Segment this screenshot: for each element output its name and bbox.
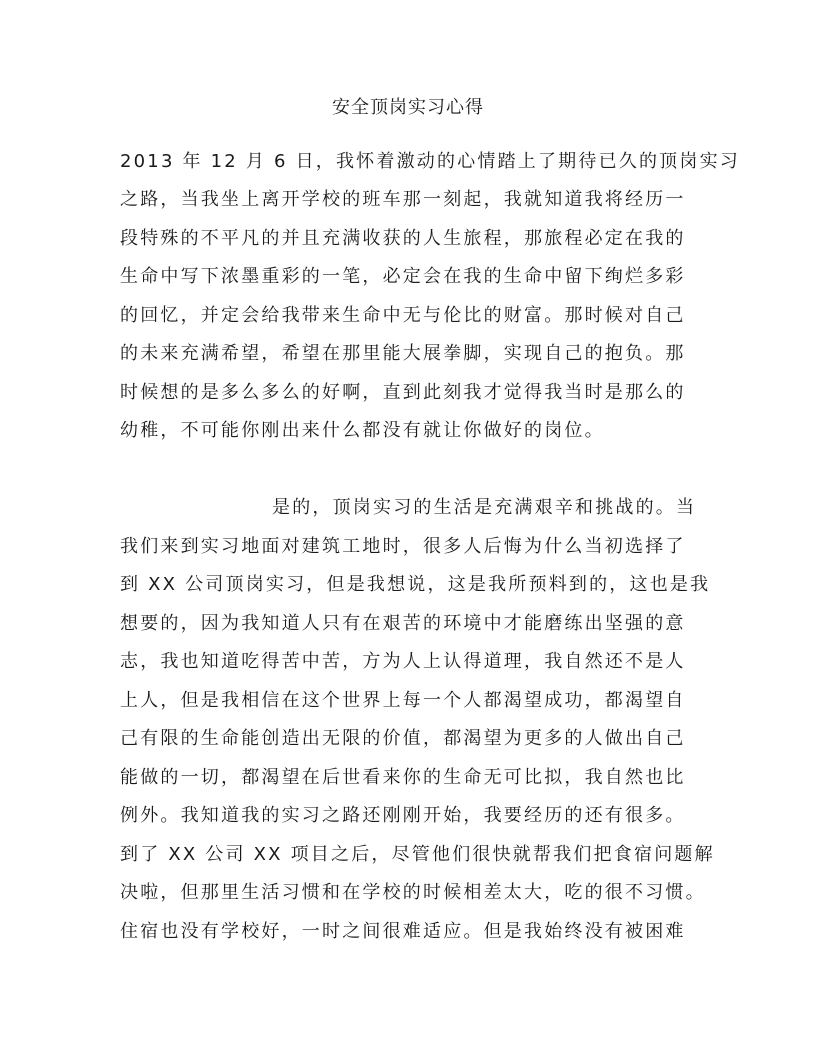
paragraph-line: 上人，但是我相信在这个世界上每一个人都渴望成功，都渴望自 (120, 689, 700, 713)
paragraph-line: 生命中写下浓墨重彩的一笔，必定会在我的生命中留下绚烂多彩 (120, 265, 700, 289)
paragraph-line: 能做的一切，都渴望在后世看来你的生命无可比拟，我自然也比 (120, 766, 700, 790)
paragraph-line: 志，我也知道吃得苦中苦，方为人上认得道理，我自然还不是人 (120, 650, 700, 674)
paragraph-line: 到了 XX 公司 XX 项目之后，尽管他们很快就帮我们把食宿问题解 (120, 843, 700, 867)
paragraph-line-indented: 是的，顶岗实习的生活是充满艰辛和挑战的。当 (272, 496, 700, 520)
paragraph-line: 时候想的是多么多么的好啊，直到此刻我才觉得我当时是那么的 (120, 381, 700, 405)
paragraph-line: 段特殊的不平凡的并且充满收获的人生旅程，那旅程必定在我的 (120, 227, 700, 251)
paragraph-line: 我们来到实习地面对建筑工地时，很多人后悔为什么当初选择了 (120, 535, 700, 559)
paragraph-line: 想要的，因为我知道人只有在艰苦的环境中才能磨练出坚强的意 (120, 612, 700, 636)
paragraph-line: 之路，当我坐上离开学校的班车那一刻起，我就知道我将经历一 (120, 188, 700, 212)
paragraph-line: 2013 年 12 月 6 日，我怀着激动的心情踏上了期待已久的顶岗实习 (120, 150, 700, 174)
paragraph-line: 的未来充满希望，希望在那里能大展拳脚，实现自己的抱负。那 (120, 342, 700, 366)
paragraph-line: 到 XX 公司顶岗实习，但是我想说，这是我所预料到的，这也是我 (120, 573, 700, 597)
document-title: 安全顶岗实习心得 (0, 96, 816, 120)
paragraph-line: 的回忆，并定会给我带来生命中无与伦比的财富。那时候对自己 (120, 304, 700, 328)
document-page: 安全顶岗实习心得 2013 年 12 月 6 日，我怀着激动的心情踏上了期待已久… (0, 0, 816, 1056)
paragraph-line: 例外。我知道我的实习之路还刚刚开始，我要经历的还有很多。 (120, 804, 700, 828)
paragraph-line: 幼稚，不可能你刚出来什么都没有就让你做好的岗位。 (120, 419, 700, 443)
paragraph-line: 己有限的生命能创造出无限的价值，都渴望为更多的人做出自己 (120, 727, 700, 751)
paragraph-line: 住宿也没有学校好，一时之间很难适应。但是我始终没有被困难 (120, 920, 700, 944)
paragraph-line: 决啦，但那里生活习惯和在学校的时候相差太大，吃的很不习惯。 (120, 881, 700, 905)
